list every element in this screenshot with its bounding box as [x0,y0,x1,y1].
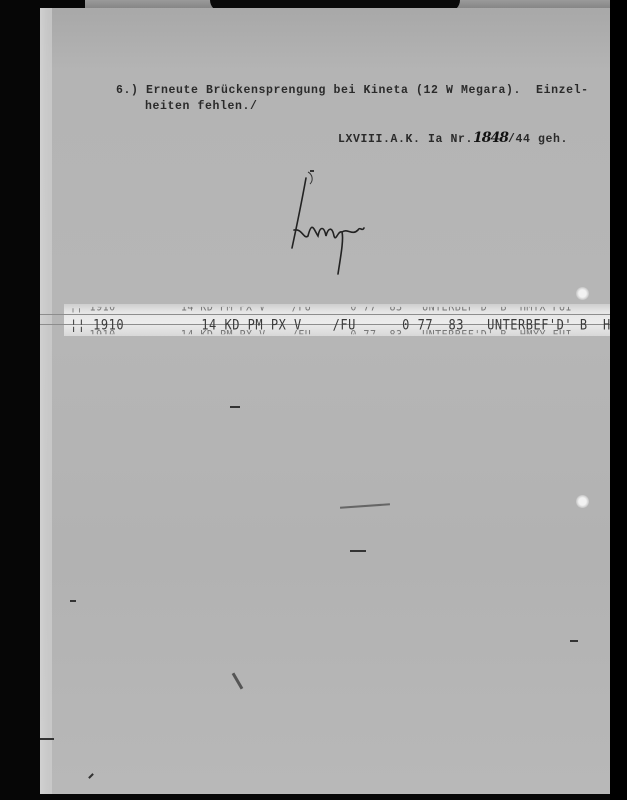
scan-right-border [610,0,627,800]
dust-speck [310,170,314,172]
dust-speck [230,406,240,408]
reference-line: LXVIII.A.K. Ia Nr.1848/44 geh. [338,130,568,146]
reference-handwritten-number: 1848 [473,130,508,146]
strip-rule-top [40,314,610,315]
document-page [40,8,610,794]
page-left-edge [40,8,52,794]
dust-speck [70,600,76,602]
dust-speck [40,738,54,740]
punch-hole-bottom [576,495,589,508]
reference-prefix: LXVIII.A.K. Ia Nr. [338,133,473,146]
punch-hole-top [576,287,589,300]
dust-speck [570,640,578,642]
signature-icon [288,170,368,280]
reference-suffix: /44 geh. [508,133,568,146]
item-6-line-2: heiten fehlen./ [145,100,258,113]
dust-speck [350,550,366,552]
item-6-line-1: 6.) Erneute Brückensprengung bei Kineta … [116,84,589,97]
